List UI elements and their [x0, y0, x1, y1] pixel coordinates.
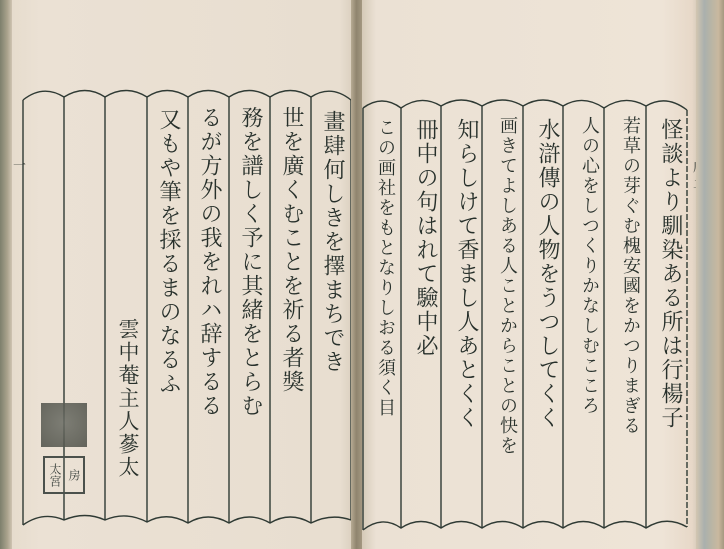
right-column-6: 知らしけて香まし人あとくく [449, 118, 483, 430]
right-column-7: 冊中の句はれて驗中必 [408, 118, 442, 358]
right-column-5: 画きてよしある人ことからことの快を [490, 116, 524, 456]
seal-glyph-right: 房 [67, 469, 80, 481]
right-column-2: 若草の芽ぐむ槐安國をかつりまぎる [613, 116, 647, 436]
right-page-edge [696, 0, 724, 549]
left-column-1: 畫肆何しきを擇まちでき [315, 110, 349, 374]
book-spread: 一 畫肆何しきを擇まちでき 世を廣くむことを祈る者獎 務を譜しく予に其緒をとらむ… [0, 0, 724, 549]
right-column-3: 人の心をしつくりかなしむこころ [572, 116, 606, 416]
left-column-5: 又もや筆を採るまのなるふ [151, 108, 185, 396]
square-seal-top [41, 403, 87, 447]
left-column-3: 務を譜しく予に其緒をとらむ [233, 106, 267, 418]
right-column-8: この画社をもとなりしおる須く目 [368, 118, 402, 418]
right-column-1: 怪談より馴染ある所は行楊子 [653, 118, 687, 430]
left-page-margin-label: 一 [8, 158, 27, 171]
left-column-2: 世を廣くむことを祈る者獎 [274, 106, 308, 394]
square-seal-bottom: 房 太宮 [43, 456, 85, 494]
left-column-4: るが方外の我をれハ辞するる [192, 106, 226, 418]
left-column-signature: 雲中菴主人蔘太 [111, 318, 145, 479]
right-column-4: 水滸傳の人物をうつしてくく [530, 118, 564, 430]
seal-glyph-left: 太宮 [48, 463, 61, 487]
